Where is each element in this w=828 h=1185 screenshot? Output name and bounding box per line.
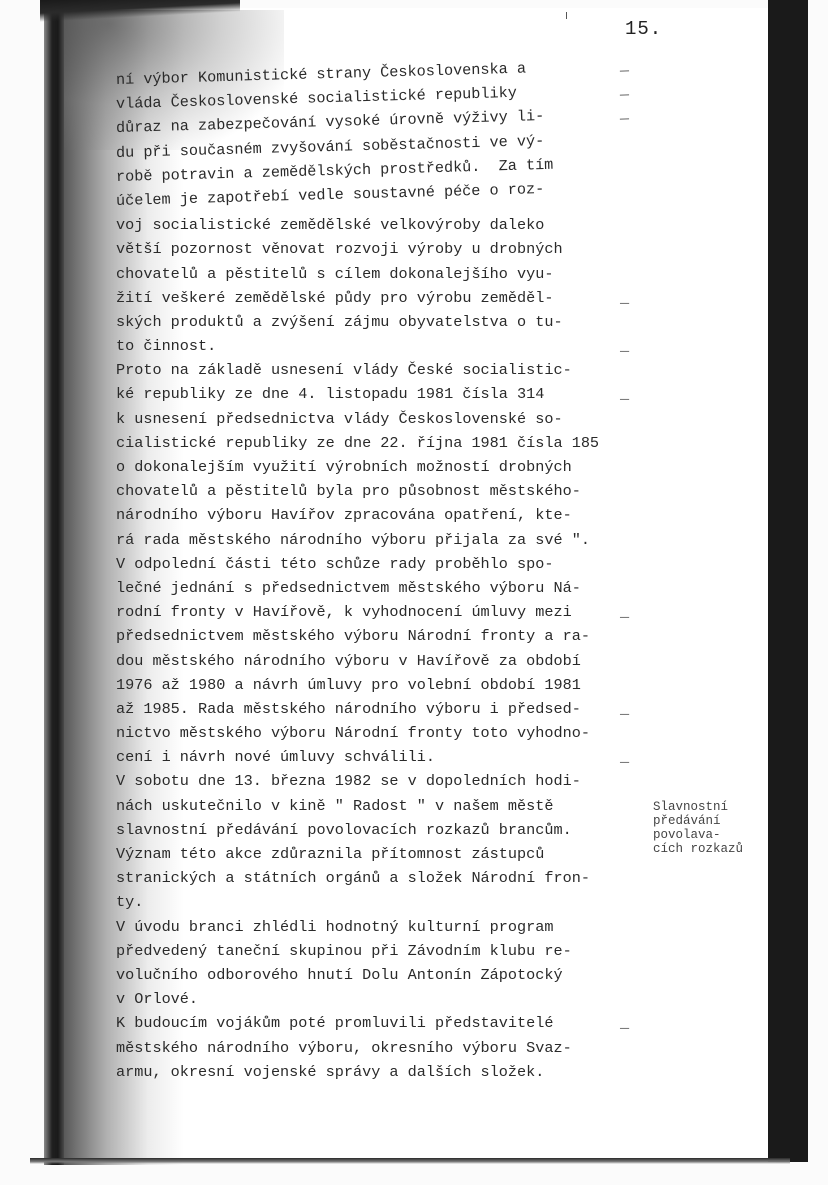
- text-line: volučního odborového hnutí Dolu Antonín …: [116, 963, 656, 987]
- text-line: Význam této akce zdůraznila přítomnost z…: [116, 842, 656, 866]
- binding-gutter-shadow: [44, 0, 64, 1165]
- text-line-content: ké republiky ze dne 4. listopadu 1981 čí…: [116, 385, 544, 403]
- text-line-content: o dokonalejším využití výrobních možnost…: [116, 458, 572, 476]
- margin-dash-mark: _: [619, 78, 629, 102]
- text-line-content: nictvo městského výboru Národní fronty t…: [116, 724, 590, 742]
- text-line-content: dou městského národního výboru v Havířov…: [116, 652, 581, 670]
- text-line: větší pozornost věnovat rozvoji výroby u…: [116, 237, 656, 261]
- text-line: chovatelů a pěstitelů s cílem dokonalejš…: [116, 262, 656, 286]
- text-line-content: voj socialistické zemědělské velkovýroby…: [116, 216, 544, 234]
- text-line: rá rada městského národního výboru přija…: [116, 528, 656, 552]
- margin-dash-mark: _: [620, 382, 629, 406]
- margin-dash-mark: _: [620, 697, 629, 721]
- text-line: ty.: [116, 890, 656, 914]
- text-line-content: až 1985. Rada městského národního výboru…: [116, 700, 581, 718]
- text-line: lečné jednání s předsednictvem městského…: [116, 576, 656, 600]
- bottom-page-edge: [30, 1158, 790, 1164]
- text-line: o dokonalejším využití výrobních možnost…: [116, 455, 656, 479]
- text-line: v Orlové.: [116, 987, 656, 1011]
- text-line-content: ty.: [116, 893, 143, 911]
- margin-note-line: povolava-: [653, 828, 783, 842]
- text-line: předvedený taneční skupinou při Závodním…: [116, 939, 656, 963]
- text-line-content: v Orlové.: [116, 990, 198, 1008]
- margin-note: Slavnostnípředávánípovolava-cích rozkazů: [653, 800, 783, 856]
- text-line-content: k usnesení předsednictva vlády Českoslov…: [116, 410, 563, 428]
- margin-dash-mark: _: [620, 286, 629, 310]
- top-tick-mark: [566, 12, 567, 19]
- margin-note-line: Slavnostní: [653, 800, 783, 814]
- text-line-content: cení i návrh nové úmluvy schválili.: [116, 748, 435, 766]
- text-line-content: národního výboru Havířov zpracována opat…: [116, 506, 572, 524]
- text-line-content: žití veškeré zemědělské půdy pro výrobu …: [116, 289, 553, 307]
- text-line: žití veškeré zemědělské půdy pro výrobu …: [116, 286, 656, 310]
- text-line: stranických a státních orgánů a složek N…: [116, 866, 656, 890]
- text-line-content: rodní fronty v Havířově, k vyhodnocení ú…: [116, 603, 572, 621]
- text-line: to činnost._: [116, 334, 656, 358]
- text-line: ských produktů a zvýšení zájmu obyvatels…: [116, 310, 656, 334]
- text-line: armu, okresní vojenské správy a dalších …: [116, 1060, 656, 1084]
- text-line-content: městského národního výboru, okresního vý…: [116, 1039, 572, 1057]
- margin-dash-mark: _: [620, 334, 629, 358]
- text-line-content: rá rada městského národního výboru přija…: [116, 531, 590, 549]
- typewritten-body: ní výbor Komunistické strany Českosloven…: [116, 68, 656, 1084]
- text-line: chovatelů a pěstitelů byla pro působnost…: [116, 479, 656, 503]
- text-line: až 1985. Rada městského národního výboru…: [116, 697, 656, 721]
- text-line: V sobotu dne 13. března 1982 se v dopole…: [116, 769, 656, 793]
- margin-note-line: cích rozkazů: [653, 842, 783, 856]
- text-line-content: volučního odborového hnutí Dolu Antonín …: [116, 966, 563, 984]
- text-line-content: ských produktů a zvýšení zájmu obyvatels…: [116, 313, 563, 331]
- text-line: dou městského národního výboru v Havířov…: [116, 649, 656, 673]
- text-line-content: armu, okresní vojenské správy a dalších …: [116, 1063, 544, 1081]
- text-line-content: chovatelů a pěstitelů byla pro působnost…: [116, 482, 581, 500]
- margin-dash-mark: _: [620, 600, 629, 624]
- text-line: K budoucím vojákům poté promluvili předs…: [116, 1011, 656, 1035]
- text-line-content: předvedený taneční skupinou při Závodním…: [116, 942, 572, 960]
- text-line: cialistické republiky ze dne 22. října 1…: [116, 431, 656, 455]
- text-line: V odpolední části této schůze rady probě…: [116, 552, 656, 576]
- text-line-content: chovatelů a pěstitelů s cílem dokonalejš…: [116, 265, 553, 283]
- text-line: Proto na základě usnesení vlády České so…: [116, 358, 656, 382]
- text-line-content: větší pozornost věnovat rozvoji výroby u…: [116, 240, 563, 258]
- text-line: ké republiky ze dne 4. listopadu 1981 čí…: [116, 382, 656, 406]
- text-line-content: předsednictvem městského výboru Národní …: [116, 627, 590, 645]
- text-line: národního výboru Havířov zpracována opat…: [116, 503, 656, 527]
- text-line: nách uskutečnilo v kině " Radost " v naš…: [116, 794, 656, 818]
- text-line-content: K budoucím vojákům poté promluvili předs…: [116, 1014, 553, 1032]
- text-line: nictvo městského výboru Národní fronty t…: [116, 721, 656, 745]
- text-line: 1976 až 1980 a návrh úmluvy pro volební …: [116, 673, 656, 697]
- text-line: předsednictvem městského výboru Národní …: [116, 624, 656, 648]
- text-line-content: V úvodu branci zhlédli hodnotný kulturní…: [116, 918, 553, 936]
- page-number: 15.: [625, 18, 662, 40]
- text-line-content: Proto na základě usnesení vlády České so…: [116, 361, 572, 379]
- margin-dash-mark: _: [619, 54, 629, 78]
- text-line-content: cialistické republiky ze dne 22. října 1…: [116, 434, 599, 452]
- text-line: k usnesení předsednictva vlády Českoslov…: [116, 407, 656, 431]
- text-line-content: lečné jednání s předsednictvem městského…: [116, 579, 581, 597]
- margin-note-line: předávání: [653, 814, 783, 828]
- text-line-content: V sobotu dne 13. března 1982 se v dopole…: [116, 772, 581, 790]
- text-line-content: slavnostní předávání povolovacích rozkaz…: [116, 821, 572, 839]
- right-scan-border: [768, 0, 808, 1162]
- text-line: cení i návrh nové úmluvy schválili._: [116, 745, 656, 769]
- text-line: rodní fronty v Havířově, k vyhodnocení ú…: [116, 600, 656, 624]
- text-line-content: nách uskutečnilo v kině " Radost " v naš…: [116, 797, 553, 815]
- margin-dash-mark: _: [620, 1011, 629, 1035]
- margin-dash-mark: _: [619, 102, 629, 126]
- text-line: městského národního výboru, okresního vý…: [116, 1036, 656, 1060]
- text-line-content: Význam této akce zdůraznila přítomnost z…: [116, 845, 544, 863]
- text-line-content: V odpolední části této schůze rady probě…: [116, 555, 553, 573]
- text-line-content: 1976 až 1980 a návrh úmluvy pro volební …: [116, 676, 581, 694]
- text-line-content: to činnost.: [116, 337, 216, 355]
- text-line: slavnostní předávání povolovacích rozkaz…: [116, 818, 656, 842]
- text-line-content: stranických a státních orgánů a složek N…: [116, 869, 590, 887]
- margin-dash-mark: _: [620, 745, 629, 769]
- text-line: voj socialistické zemědělské velkovýroby…: [116, 213, 656, 237]
- text-line: V úvodu branci zhlédli hodnotný kulturní…: [116, 915, 656, 939]
